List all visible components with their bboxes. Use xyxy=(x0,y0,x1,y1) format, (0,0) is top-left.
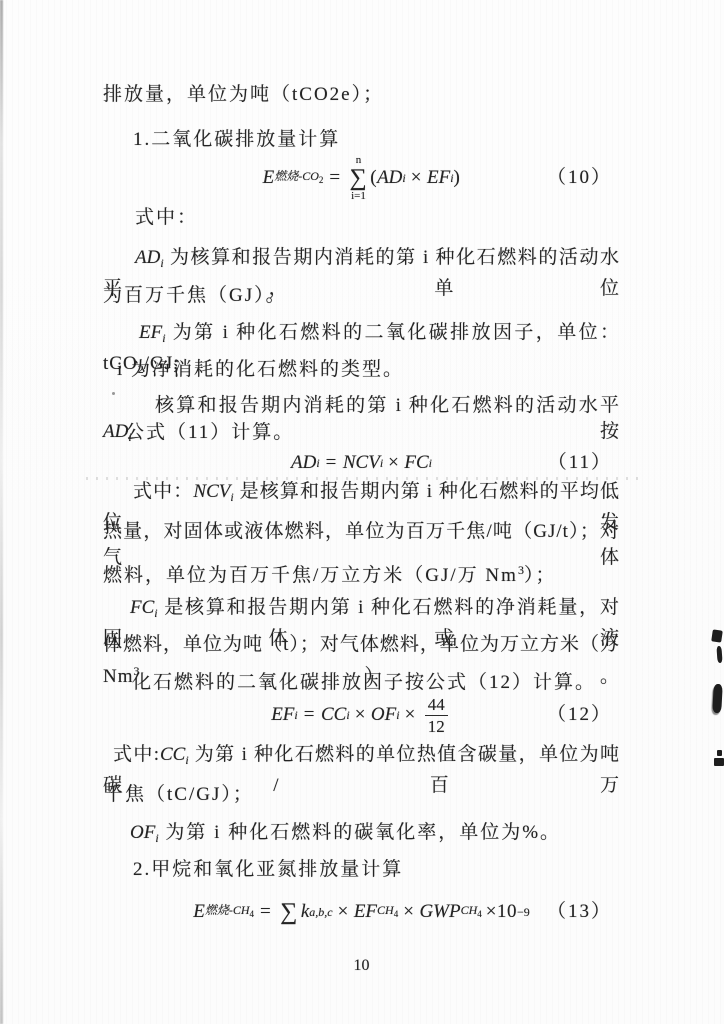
equation-number: （11） xyxy=(548,450,612,476)
math-subscript: a,b,c xyxy=(309,899,332,925)
math-var: CC xyxy=(321,702,346,728)
math-subscript: i xyxy=(316,450,319,476)
equation-12: EFi=CCi×OFi×4412 （12） xyxy=(103,692,620,738)
equation-number: （10） xyxy=(547,165,612,191)
math-subscript: 燃烧-CO2 xyxy=(274,163,323,193)
math-var: EF xyxy=(271,702,294,728)
equation-10-body: E燃烧-CO2=n∑i=1(ADi×EFi) xyxy=(263,154,461,202)
math-var: CC xyxy=(160,744,185,765)
ink-mark xyxy=(714,758,724,766)
equation-12-body: EFi=CCi×OFi×4412 xyxy=(271,695,452,736)
math-var: FC xyxy=(404,450,428,476)
paragraph-i-def: i 为净消耗的化石燃料的类型。 xyxy=(117,357,404,383)
math-subscript: 燃烧-CH4 xyxy=(205,897,254,927)
summation-symbol: ∑ xyxy=(280,900,298,924)
math-subscript: i xyxy=(402,165,405,191)
paragraph-intro-cont: 排放量，单位为吨（tCO2e）； xyxy=(103,82,384,108)
math-var: AD xyxy=(135,247,160,268)
math-var: NCV xyxy=(193,481,230,502)
equation-13: E燃烧-CH4=∑ka,b,c×EFCH4×GWPCH4×10−9 （13） xyxy=(103,895,620,929)
math-var: E xyxy=(193,899,205,925)
math-var: AD xyxy=(377,165,402,191)
math-var: OF xyxy=(371,702,396,728)
math-paren: ) xyxy=(454,165,461,191)
math-operator: = xyxy=(329,165,340,191)
scanned-document-page: 排放量，单位为吨（tCO2e）； 1.二氧化碳排放量计算 E燃烧-CO2=n∑i… xyxy=(0,0,724,1024)
equation-10: E燃烧-CO2=n∑i=1(ADi×EFi) （10） xyxy=(103,153,620,203)
math-operator: ×10 xyxy=(486,899,517,925)
math-fraction: 4412 xyxy=(425,695,448,736)
ink-mark xyxy=(711,629,723,642)
paragraph-text: 核算和报告期内消耗的第 i 种化石燃料的活动水平 xyxy=(155,395,620,416)
math-operator: × xyxy=(355,702,366,728)
math-var: E xyxy=(263,165,275,191)
math-var: OF xyxy=(130,822,155,843)
math-subscript: i xyxy=(396,702,399,728)
paragraph-hesuan-cont: 公式（11）计算。 xyxy=(125,420,294,446)
ink-mark xyxy=(716,646,722,663)
math-operator: × xyxy=(411,165,422,191)
equation-number: （13） xyxy=(547,899,612,925)
math-var: NCV xyxy=(343,450,380,476)
heading-ch4-n2o-calc: 2.甲烷和氧化亚氮排放量计算 xyxy=(133,857,403,883)
math-subscript: CH4 xyxy=(377,897,398,927)
math-subscript: i xyxy=(380,450,383,476)
equation-13-body: E燃烧-CH4=∑ka,b,c×EFCH4×GWPCH4×10−9 xyxy=(193,897,530,927)
math-subscript: i xyxy=(294,702,297,728)
scan-left-edge-artifact xyxy=(0,0,3,1024)
math-var: GWP xyxy=(419,899,460,925)
equation-11: ADi=NCVi×FCi （11） xyxy=(103,448,620,478)
math-operator: = xyxy=(260,899,271,925)
equation-number: （12） xyxy=(547,702,612,728)
paragraph-of-def: OFi 为第 i 种化石燃料的碳氧化率，单位为%。 xyxy=(130,820,561,851)
summation-symbol: n∑i=1 xyxy=(350,154,368,202)
ink-mark xyxy=(717,750,722,756)
page-number: 10 xyxy=(103,953,620,979)
math-var: EF xyxy=(354,899,377,925)
math-operator: × xyxy=(405,702,416,728)
paragraph-text: 为第 i 种化石燃料的碳氧化率，单位为%。 xyxy=(159,822,561,843)
heading-text: 2.甲烷和氧化亚氮排放量计算 xyxy=(133,859,403,880)
heading-co2-calc: 1.二氧化碳排放量计算 xyxy=(133,127,340,153)
math-var: EF xyxy=(139,322,162,343)
heading-text: 1.二氧化碳排放量计算 xyxy=(133,129,340,150)
math-subscript: i xyxy=(429,450,432,476)
math-subscript: CH4 xyxy=(461,897,482,927)
equation-11-body: ADi=NCVi×FCi xyxy=(291,450,432,476)
math-operator: × xyxy=(403,899,414,925)
math-var: FC xyxy=(130,597,154,618)
label-where: 式中： xyxy=(135,205,198,231)
paragraph-ad-def-cont: 为百万千焦（GJ）。 xyxy=(103,283,287,309)
paragraph-text: 排放量，单位为吨（tCO2e）； xyxy=(103,84,384,105)
math-superscript: −9 xyxy=(517,899,530,925)
math-subscript: i xyxy=(346,702,349,728)
paragraph-cc-cont: 千焦（tC/GJ）； xyxy=(104,782,254,808)
paragraph-ncv-cont2: 燃料，单位为百万千焦/万立方米（GJ/万 Nm3）； xyxy=(103,557,556,589)
math-operator: = xyxy=(326,450,337,476)
math-operator: × xyxy=(338,899,349,925)
math-var: AD xyxy=(291,450,316,476)
math-operator: × xyxy=(388,450,399,476)
ink-mark xyxy=(712,684,723,713)
math-var: EF xyxy=(427,165,450,191)
math-operator: = xyxy=(304,702,315,728)
